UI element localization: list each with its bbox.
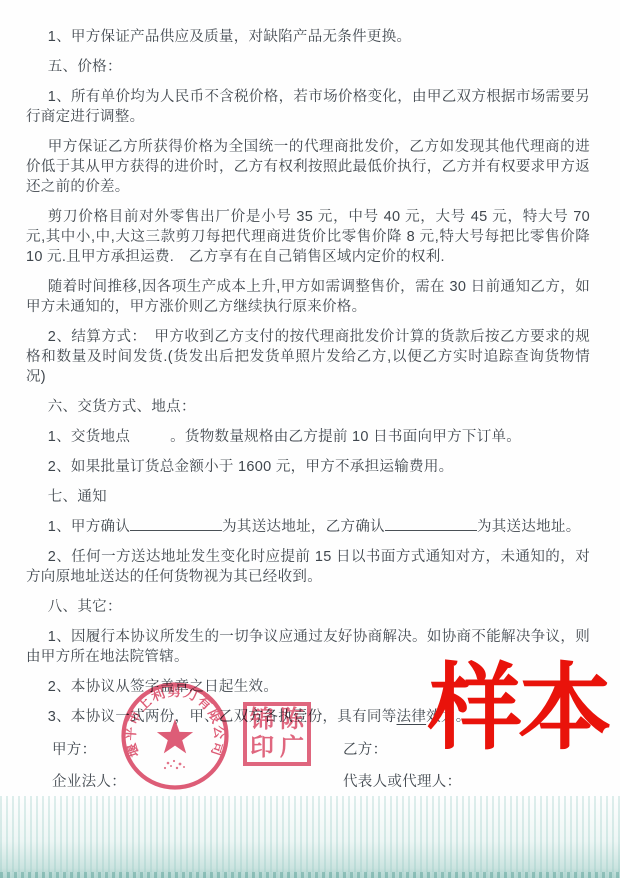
- clause-5-1d: 随着时间推移,因各项生产成本上升,甲方如需调整售价，需在 30 日前通知乙方，如…: [26, 277, 590, 317]
- clause-5-1c: 剪刀价格目前对外零售出厂价是小号 35 元，中号 40 元，大号 45 元，特大…: [26, 207, 590, 267]
- scanner-artifact-band: [0, 796, 620, 878]
- clause-5-2: 2、结算方式： 甲方收到乙方支付的按代理商批发价计算的货款后按乙方要求的规格和数…: [26, 327, 590, 387]
- clause-6-1: 1、交货地点。货物数量规格由乙方提前 10 日书面向甲方下订单。: [26, 427, 590, 447]
- signature-row-representatives: 企业法人： 代表人或代理人：: [26, 772, 590, 792]
- name-seal-char-tr: 陈: [277, 706, 307, 734]
- clause-7-1-b: 为其送达地址，乙方确认: [222, 519, 385, 535]
- name-seal-char-tl: 锦: [247, 706, 277, 734]
- sample-watermark: 样本: [428, 658, 620, 760]
- clause-5-1a: 1、所有单价均为人民币不含税价格，若市场价格变化，由甲乙双方根据市场需要另行商定…: [26, 87, 590, 127]
- clause-7-2: 2、任何一方送达地址发生变化时应提前 15 日以书面方式通知对方，未通知的，对方…: [26, 547, 590, 587]
- delivery-place-blank: [130, 440, 170, 441]
- clause-4-1: 1、甲方保证产品供应及质量，对缺陷产品无条件更换。: [26, 27, 590, 47]
- section-8-heading: 八、其它：: [26, 597, 590, 617]
- clause-6-1-post: 。货物数量规格由乙方提前 10 日书面向甲方下订单。: [170, 429, 521, 445]
- clause-7-1-c: 为其送达地址。: [477, 519, 581, 535]
- section-6-heading: 六、交货方式、地点：: [26, 397, 590, 417]
- seal-star-icon: [157, 719, 193, 753]
- name-seal-icon: 锦 陈 印 广: [243, 702, 311, 766]
- clause-5-1b: 甲方保证乙方所获得价格为全国统一的代理商批发价，乙方如发现其他代理商的进价低于其…: [26, 137, 590, 197]
- clause-7-1-a: 1、甲方确认: [48, 519, 130, 535]
- clause-6-2: 2、如果批量订货总金额小于 1600 元，甲方不承担运输费用。: [26, 457, 590, 477]
- clause-6-1-pre: 1、交货地点: [48, 429, 130, 445]
- party-a-address-blank: [130, 517, 222, 531]
- section-5-heading: 五、价格：: [26, 57, 590, 77]
- scanned-contract-page: 1、甲方保证产品供应及质量，对缺陷产品无条件更换。 五、价格： 1、所有单价均为…: [0, 0, 620, 878]
- party-b-address-blank: [385, 517, 477, 531]
- section-7-heading: 七、通知: [26, 487, 590, 507]
- clause-7-1: 1、甲方确认为其送达地址，乙方确认为其送达地址。: [26, 517, 590, 537]
- company-round-seal-icon: 堰平市上利剪刀有限公司: [118, 680, 232, 792]
- agent-label: 代表人或代理人：: [343, 772, 590, 792]
- name-seal-char-br: 广: [277, 734, 307, 762]
- clause-8-3-underlined-term: 法律: [397, 709, 427, 725]
- seal-specks: [164, 760, 185, 769]
- name-seal-char-bl: 印: [247, 734, 277, 762]
